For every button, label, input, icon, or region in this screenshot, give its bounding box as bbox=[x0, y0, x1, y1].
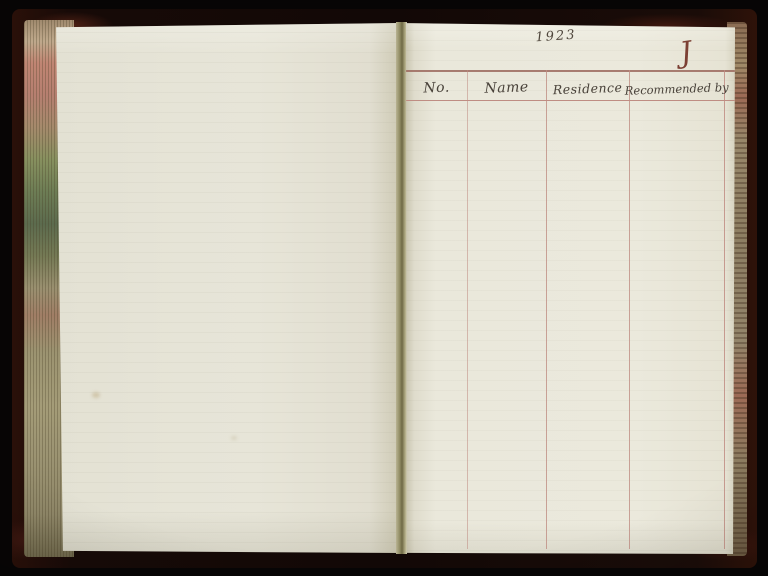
column-header-name: Name bbox=[467, 69, 547, 102]
column-rule-no-name bbox=[467, 70, 468, 549]
column-rule-residence-recommended bbox=[629, 70, 630, 549]
column-header-recommended-by: Recommended by bbox=[629, 68, 725, 101]
book-gutter bbox=[396, 22, 407, 554]
foxing-spot bbox=[231, 436, 237, 440]
column-rule-name-residence bbox=[546, 70, 547, 549]
register-book-photo: 1923 J No. Name Residence Recommended by bbox=[0, 0, 768, 576]
column-rule-right-margin bbox=[724, 70, 725, 549]
index-letter: J bbox=[654, 34, 717, 71]
foxing-spot bbox=[92, 392, 100, 398]
left-page-blank bbox=[40, 23, 398, 553]
column-header-no: No. bbox=[405, 69, 467, 101]
handwritten-year: 1923 bbox=[510, 26, 603, 47]
right-page-register: 1923 J No. Name Residence Recommended by bbox=[406, 21, 735, 554]
column-header-residence: Residence bbox=[546, 69, 630, 102]
